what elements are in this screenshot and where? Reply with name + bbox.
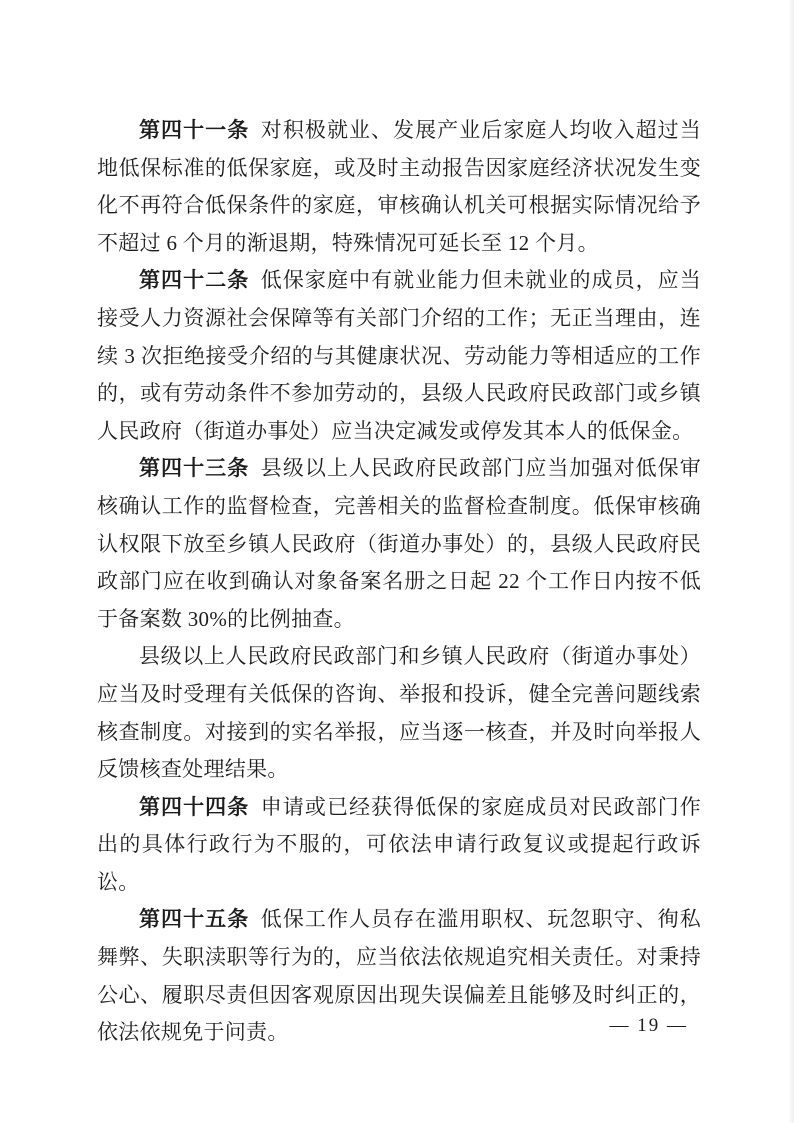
paragraph-article-42: 第四十二条低保家庭中有就业能力但未就业的成员，应当接受人力资源社会保障等有关部门…: [97, 262, 701, 450]
paragraph-article-44: 第四十四条申请或已经获得低保的家庭成员对民政部门作出的具体行政行为不服的，可依法…: [97, 789, 701, 902]
paragraph-article-41: 第四十一条对积极就业、发展产业后家庭人均收入超过当地低保标准的低保家庭，或及时主…: [97, 112, 701, 262]
document-body: 第四十一条对积极就业、发展产业后家庭人均收入超过当地低保标准的低保家庭，或及时主…: [97, 112, 701, 1052]
paragraph-article-43: 第四十三条县级以上人民政府民政部门应当加强对低保审核确认工作的监督检查，完善相关…: [97, 450, 701, 638]
article-number: 第四十四条: [139, 795, 249, 819]
document-page: 第四十一条对积极就业、发展产业后家庭人均收入超过当地低保标准的低保家庭，或及时主…: [0, 0, 794, 1123]
article-text: 县级以上人民政府民政部门应当加强对低保审核确认工作的监督检查，完善相关的监督检查…: [97, 456, 701, 630]
paragraph-article-43-continued: 县级以上人民政府民政部门和乡镇人民政府（街道办事处）应当及时受理有关低保的咨询、…: [97, 638, 701, 788]
article-text: 低保家庭中有就业能力但未就业的成员，应当接受人力资源社会保障等有关部门介绍的工作…: [97, 268, 701, 442]
article-text: 县级以上人民政府民政部门和乡镇人民政府（街道办事处）应当及时受理有关低保的咨询、…: [97, 644, 701, 781]
article-number: 第四十一条: [139, 118, 249, 142]
article-number: 第四十五条: [139, 907, 249, 931]
article-number: 第四十三条: [139, 456, 249, 480]
page-number: — 19 —: [610, 1012, 689, 1040]
article-number: 第四十二条: [139, 268, 249, 292]
